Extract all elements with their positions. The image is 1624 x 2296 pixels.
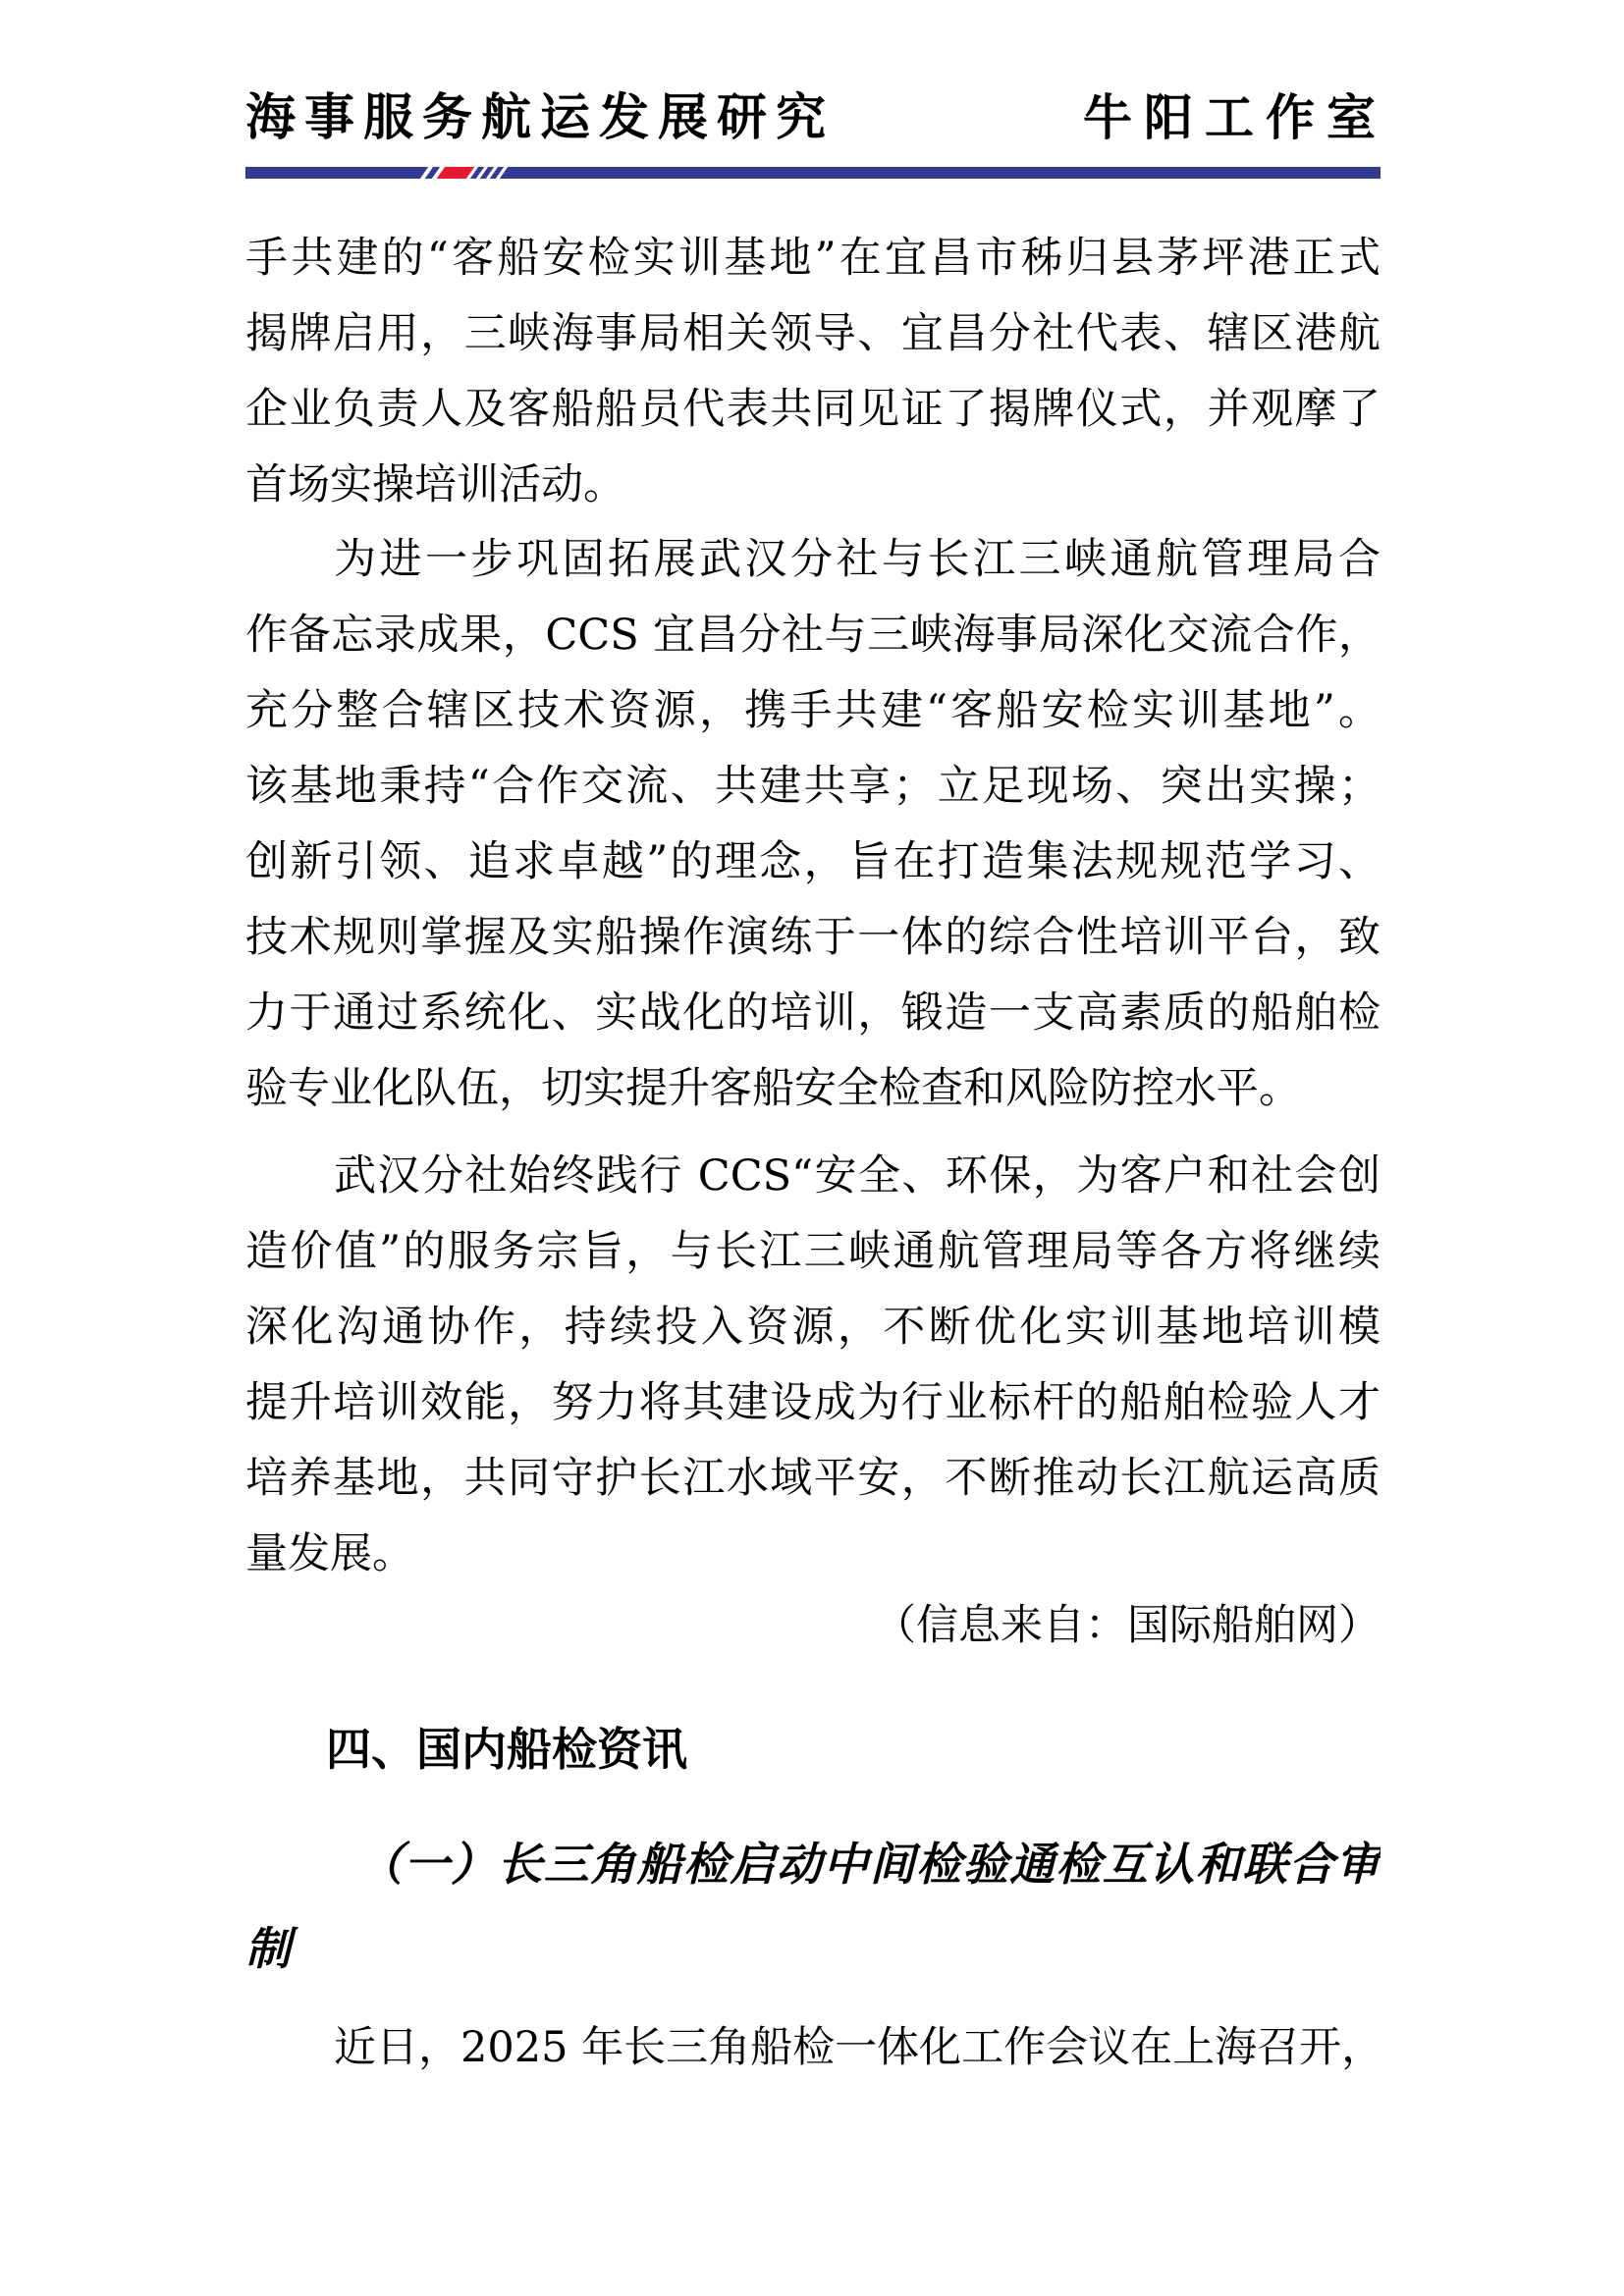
body-line: 充分整合辖区技术资源，携手共建“客船安检实训基地”。 (245, 673, 1380, 749)
body-line: 创新引领、追求卓越”的理念，旨在打造集法规规范学习、 (245, 825, 1380, 900)
section-heading: 四、国内船检资讯 (245, 1712, 1380, 1788)
body-line: 作备忘录成果，CCS 宜昌分社与三峡海事局深化交流合作， (245, 598, 1380, 673)
body-line: 深化沟通协作，持续投入资源，不断优化实训基地培训模式， (245, 1290, 1380, 1365)
body-line: 力于通过系统化、实战化的培训，锻造一支高素质的船舶检 (245, 976, 1380, 1051)
body-line: 首场实操培训活动。 (245, 448, 1380, 523)
body-line: 验专业化队伍，切实提升客船安全检查和风险防控水平。 (245, 1051, 1380, 1127)
body-line: 技术规则掌握及实船操作演练于一体的综合性培训平台，致 (245, 900, 1380, 976)
subsection-heading-line: 制 (245, 1906, 1380, 1991)
body-line: 企业负责人及客船船员代表共同见证了揭牌仪式，并观摩了 (245, 372, 1380, 448)
source-attribution: （信息来自：国际船舶网） (245, 1588, 1380, 1664)
body-line: 近日，2025 年长三角船检一体化工作会议在上海召开， (245, 2010, 1380, 2086)
masthead: 海事服务航运发展研究 牛阳工作室 (245, 77, 1387, 149)
masthead-title-left: 海事服务航运发展研究 (245, 77, 835, 149)
body-line: 手共建的“客船安检实训基地”在宜昌市秭归县茅坪港正式 (245, 221, 1380, 296)
paragraph-4: 近日，2025 年长三角船检一体化工作会议在上海召开， (245, 2010, 1380, 2086)
body-line: 培养基地，共同守护长江水域平安，不断推动长江航运高质 (245, 1441, 1380, 1517)
paragraph-3: 武汉分社始终践行 CCS“安全、环保，为客户和社会创 造价值”的服务宗旨，与长江… (245, 1139, 1380, 1592)
section-heading-text: 四、国内船检资讯 (245, 1712, 1380, 1788)
subsection-heading: （一）长三角船检启动中间检验通检互认和联合审图机 制 (245, 1822, 1380, 1991)
body-line: 提升培训效能，努力将其建设成为行业标杆的船舶检验人才 (245, 1365, 1380, 1441)
subsection-heading-line: （一）长三角船检启动中间检验通检互认和联合审图机 (245, 1822, 1380, 1906)
paragraph-2: 为进一步巩固拓展武汉分社与长江三峡通航管理局合 作备忘录成果，CCS 宜昌分社与… (245, 522, 1380, 1127)
masthead-title-right: 牛阳工作室 (1083, 79, 1387, 149)
body-line: 武汉分社始终践行 CCS“安全、环保，为客户和社会创 (245, 1139, 1380, 1214)
attribution-text: （信息来自：国际船舶网） (245, 1588, 1380, 1664)
divider-accent-stripes-icon (420, 167, 508, 179)
body-line: 该基地秉持“合作交流、共建共享；立足现场、突出实操； (245, 749, 1380, 825)
body-line: 揭牌启用，三峡海事局相关领导、宜昌分社代表、辖区港航 (245, 296, 1380, 372)
body-line: 为进一步巩固拓展武汉分社与长江三峡通航管理局合 (245, 522, 1380, 598)
document-page: 海事服务航运发展研究 牛阳工作室 手共建的“客船安检实训基地”在宜昌市秭归县茅坪… (0, 0, 1624, 2296)
body-line: 造价值”的服务宗旨，与长江三峡通航管理局等各方将继续 (245, 1214, 1380, 1290)
header-divider-bar (245, 167, 1380, 179)
body-line: 量发展。 (245, 1517, 1380, 1592)
paragraph-1: 手共建的“客船安检实训基地”在宜昌市秭归县茅坪港正式 揭牌启用，三峡海事局相关领… (245, 221, 1380, 523)
